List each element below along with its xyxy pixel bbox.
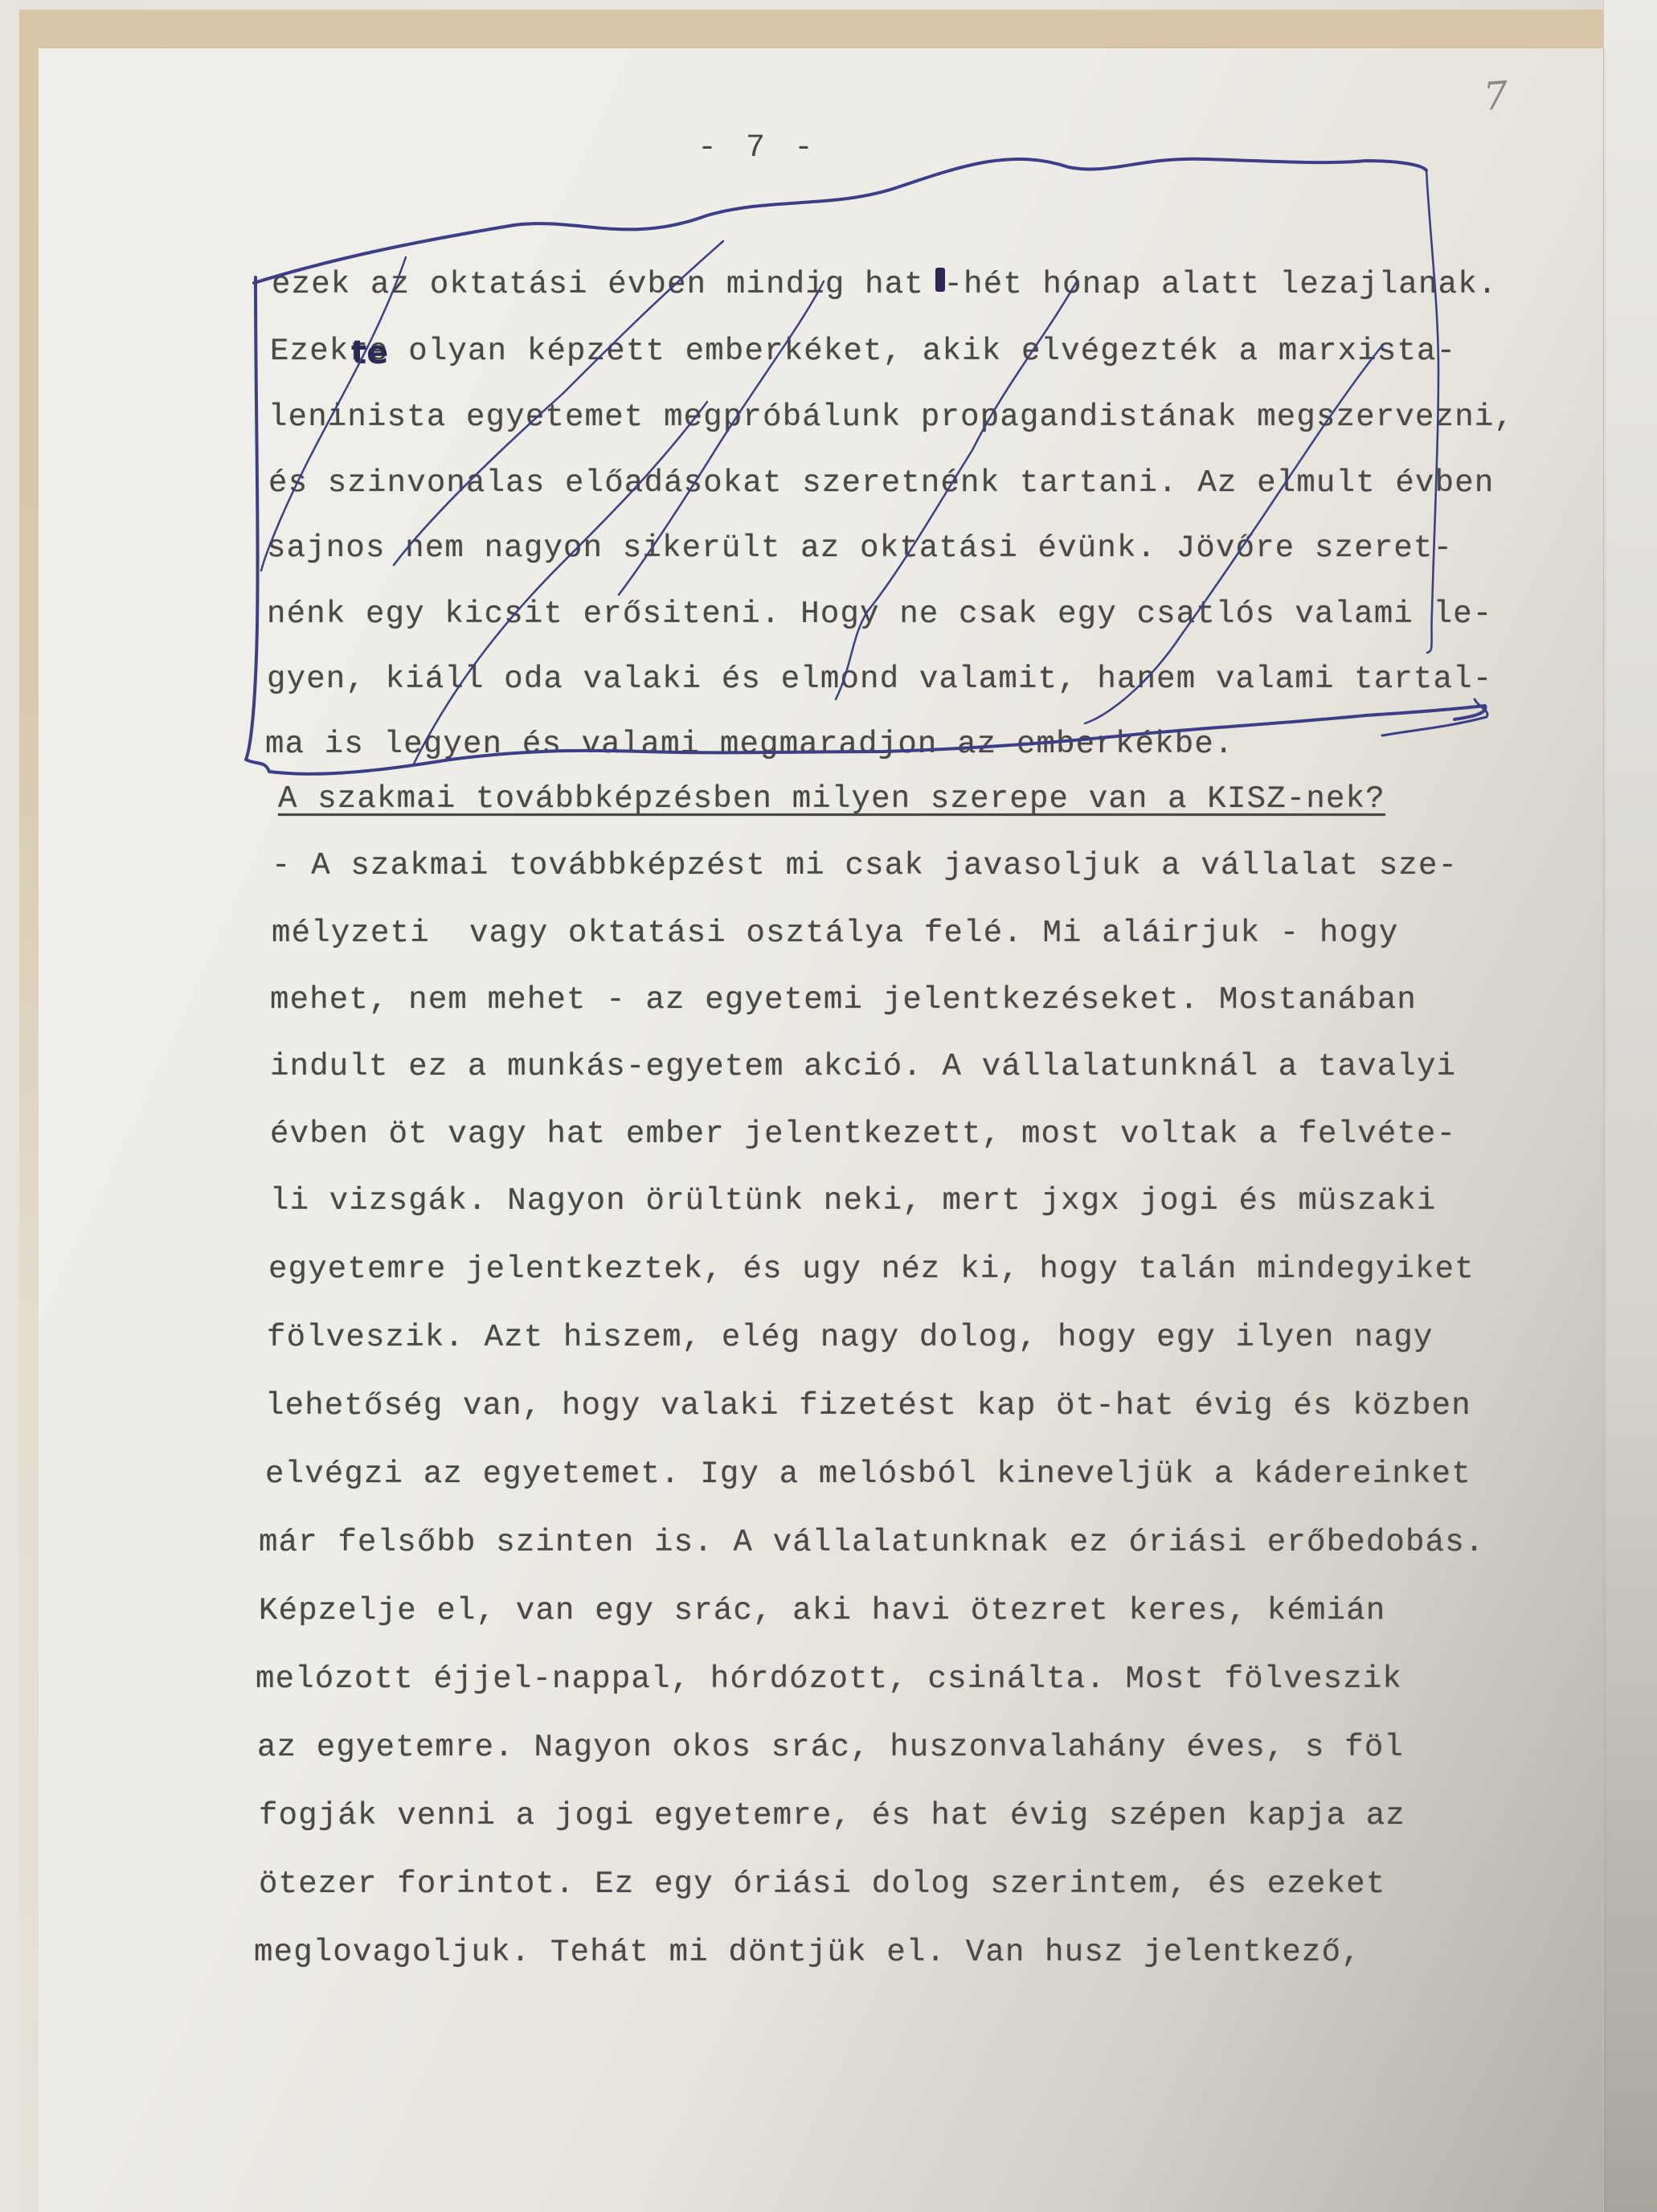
answer-line: melózott éjjel-nappal, hórdózott, csinál… xyxy=(256,1664,1402,1695)
answer-line: fölveszik. Azt hiszem, elég nagy dolog, … xyxy=(267,1322,1434,1354)
tan-paper-strip-top xyxy=(23,10,1622,51)
struck-line: sajnos nem nagyon sikerült az oktatási é… xyxy=(267,533,1453,564)
answer-line: egyetemre jelentkeztek, és ugy néz ki, h… xyxy=(268,1254,1475,1285)
question-heading: A szakmai továbbképzésben milyen szerepe… xyxy=(278,784,1385,815)
struck-line: nénk egy kicsit erősiteni. Hogy ne csak … xyxy=(267,599,1492,630)
struck-line: és szinvonalas előadásokat szeretnénk ta… xyxy=(268,468,1494,499)
struck-line: ma is legyen és valami megmaradjon az em… xyxy=(265,729,1234,760)
answer-line: már felsőbb szinten is. A vállalatunknak… xyxy=(259,1527,1484,1559)
ink-blot xyxy=(935,268,945,292)
handwritten-correction: te xyxy=(351,334,388,371)
struck-line: ezek az oktatási évben mindig hat -hét h… xyxy=(272,269,1497,301)
answer-line: ötezer forintot. Ez egy óriási dolog sze… xyxy=(259,1869,1385,1900)
struck-line: gyen, kiáll oda valaki és elmond valamit… xyxy=(267,664,1492,695)
typed-page-number: - 7 - xyxy=(698,130,818,166)
answer-line: elvégzi az egyetemet. Igy a melósból kin… xyxy=(265,1459,1471,1490)
handwritten-page-number: 7 xyxy=(1482,73,1509,120)
answer-line: fogják venni a jogi egyetemre, és hat év… xyxy=(259,1800,1405,1832)
answer-line: mehet, nem mehet - az egyetemi jelentkez… xyxy=(270,985,1417,1016)
answer-line: évben öt vagy hat ember jelentkezett, mo… xyxy=(270,1119,1456,1150)
struck-line: Ezekre olyan képzett emberkéket, akik el… xyxy=(270,336,1456,367)
back-sheet-edge xyxy=(1603,0,1657,2212)
tan-paper-strip-left xyxy=(19,10,40,2212)
answer-line: mélyzeti vagy oktatási osztálya felé. Mi… xyxy=(272,918,1398,949)
answer-line: indult ez a munkás-egyetem akció. A váll… xyxy=(270,1051,1456,1083)
struck-line: leninista egyetemet megpróbálunk propaga… xyxy=(268,402,1514,433)
answer-line: az egyetemre. Nagyon okos srác, huszonva… xyxy=(257,1732,1404,1763)
answer-line: li vizsgák. Nagyon örültünk neki, mert j… xyxy=(270,1186,1437,1217)
answer-line: Képzelje el, van egy srác, aki havi ötez… xyxy=(259,1596,1385,1627)
answer-line: - A szakmai továbbképzést mi csak javaso… xyxy=(272,850,1458,882)
answer-line: meglovagoljuk. Tehát mi döntjük el. Van … xyxy=(254,1937,1361,1968)
answer-line: lehetőség van, hogy valaki fizetést kap … xyxy=(265,1391,1471,1422)
